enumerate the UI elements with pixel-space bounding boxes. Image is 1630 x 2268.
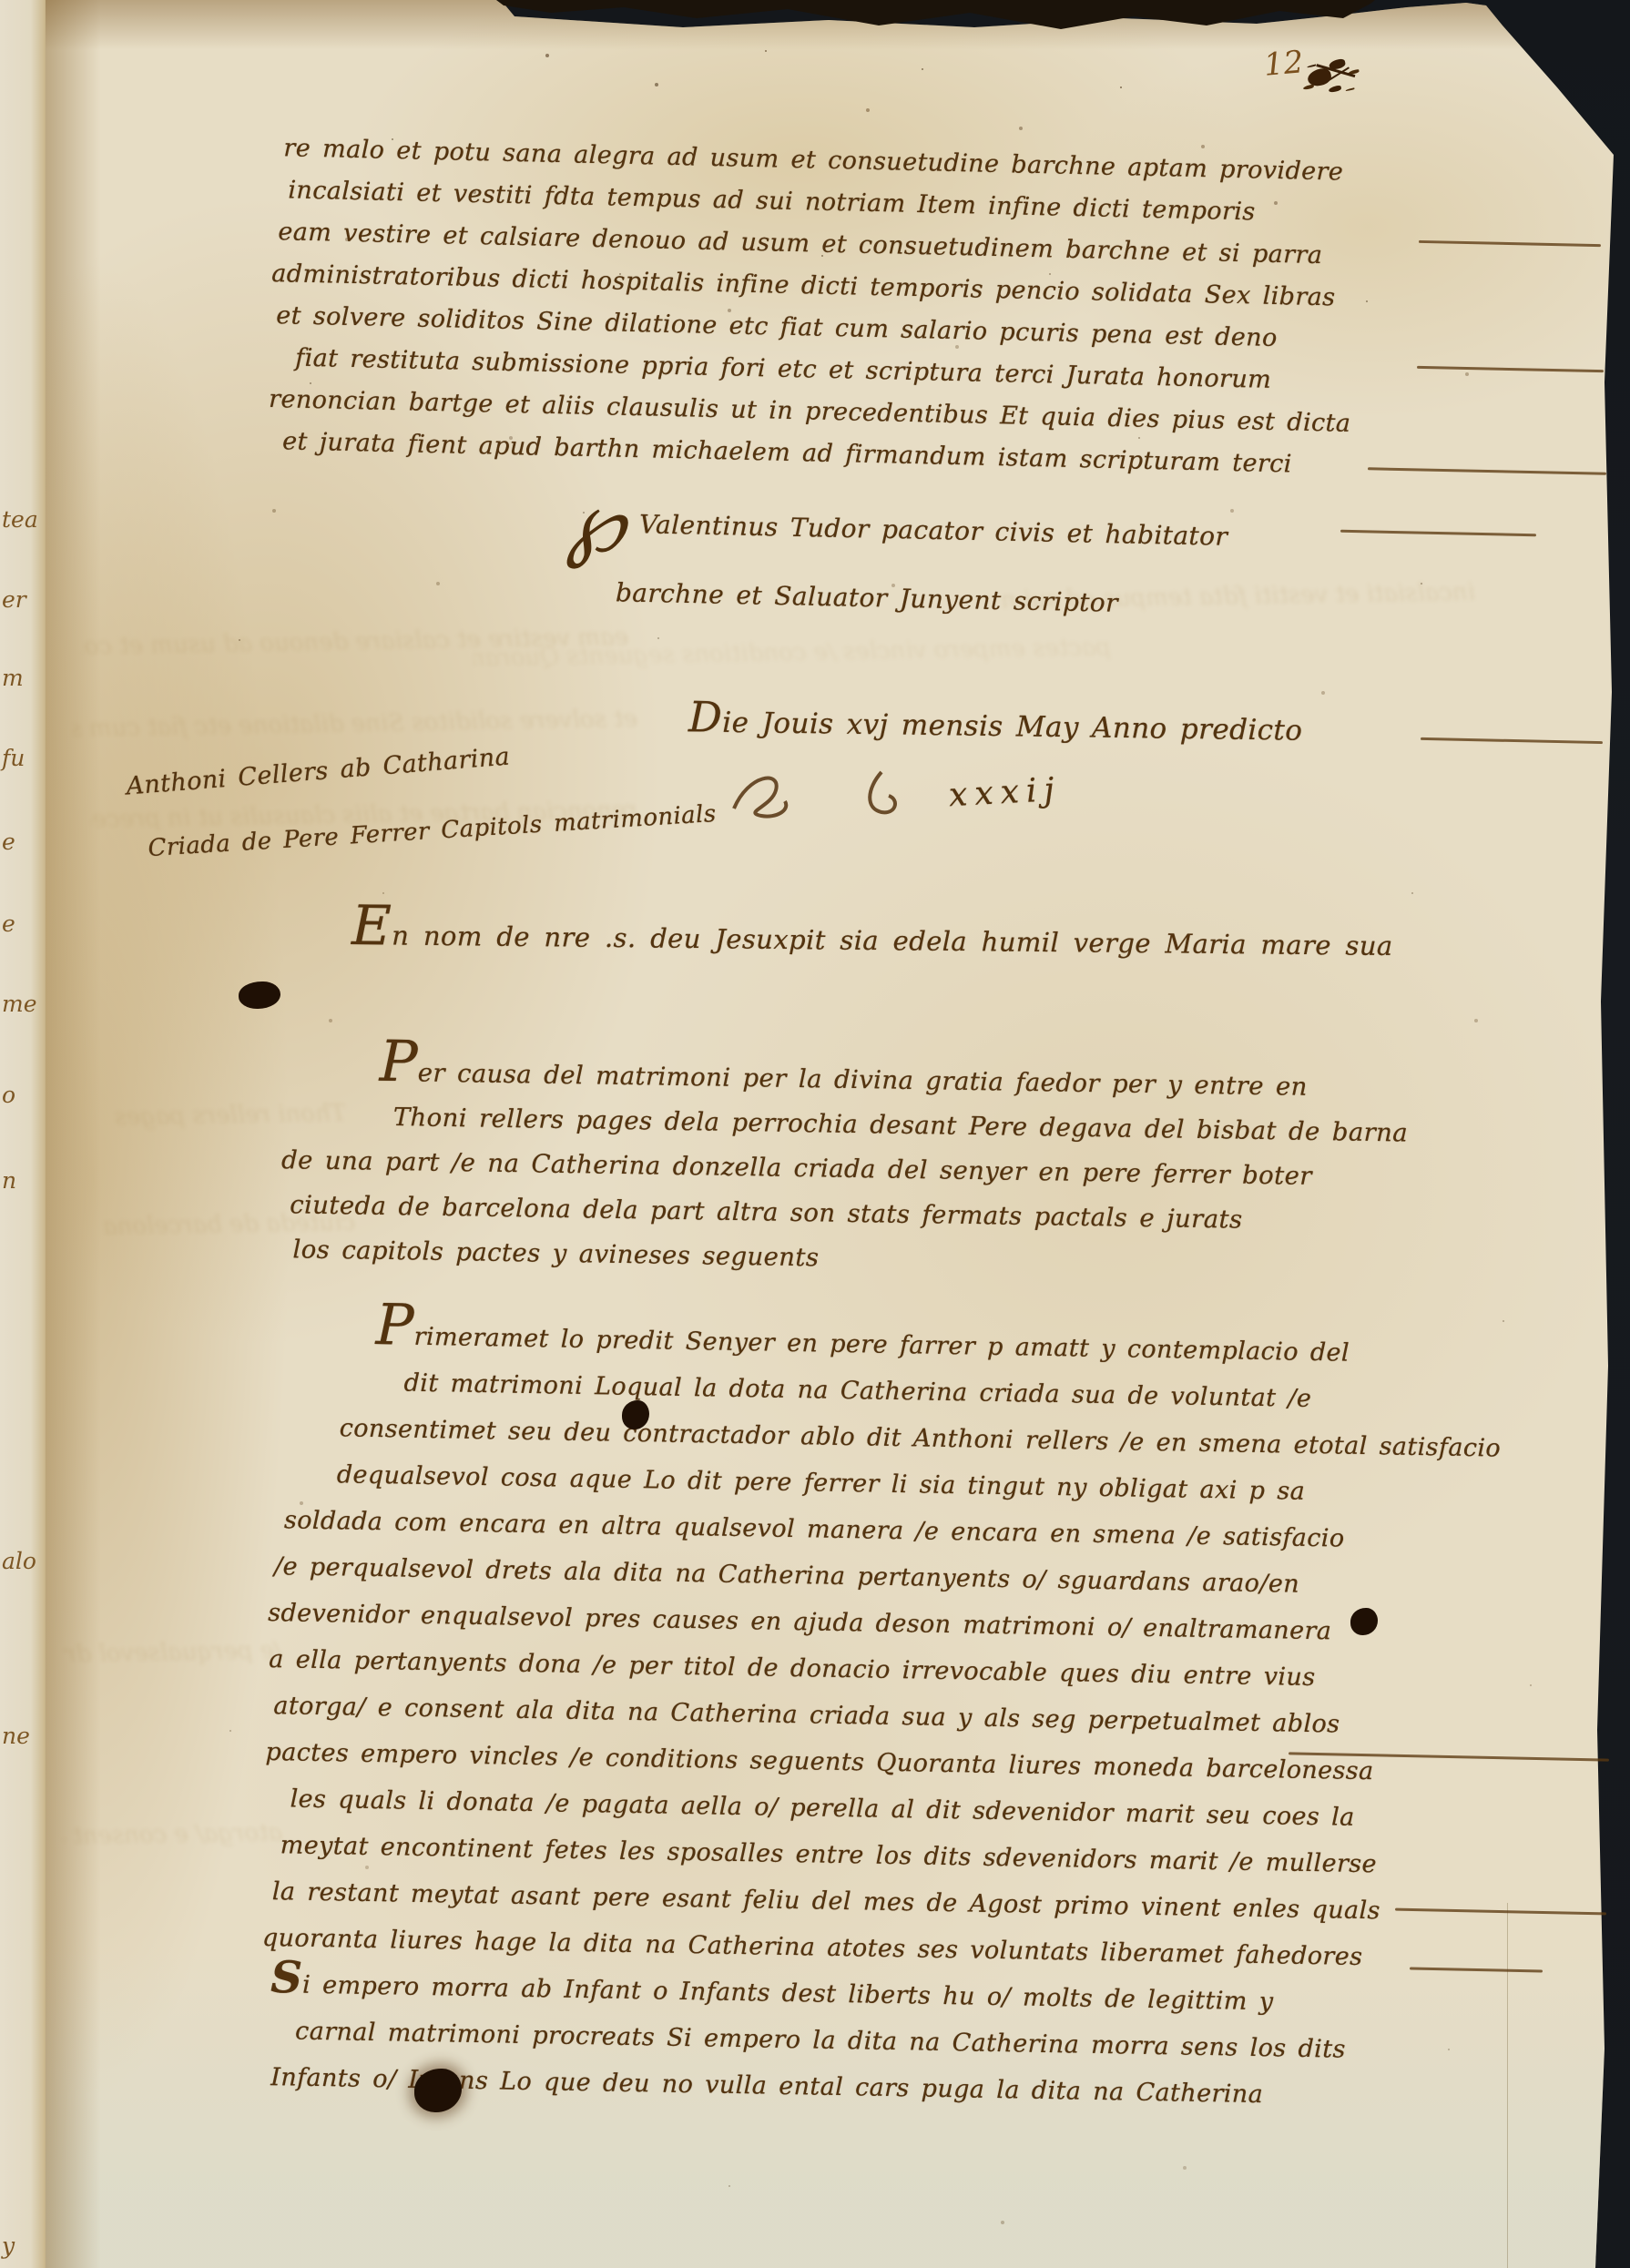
edge-text-fragment: me — [2, 991, 37, 1017]
paper-speckles — [0, 0, 2, 2]
bleed-through-text: atorga/ e consent ala dita na Catherina … — [64, 1819, 282, 1850]
edge-text-fragment: alo — [2, 1548, 36, 1574]
notarial-sigil: ℘ — [565, 473, 627, 572]
edge-text-fragment: o — [2, 1082, 15, 1108]
edge-text-fragment: ne — [2, 1723, 30, 1749]
intro-paragraph: Per causa del matrimoni per la divina gr… — [274, 1049, 1409, 1289]
edge-text-fragment: er — [2, 586, 26, 613]
page-crease — [1507, 1903, 1508, 2268]
edge-text-fragment: e — [2, 829, 15, 855]
edge-text-fragment: fu — [2, 745, 25, 771]
first-chapter-paragraph: Primeramet lo predit Senyer en pere farr… — [260, 1311, 1503, 2121]
edge-text-fragment: m — [2, 665, 24, 691]
manuscript-scan: tea er m fu e e me o n alo ne y eam vest… — [0, 0, 1630, 2268]
edge-text-fragment: y — [2, 2232, 15, 2259]
page-number: 12 — [1262, 44, 1305, 84]
edge-text-fragment: tea — [2, 506, 38, 533]
previous-page-edge: tea er m fu e e me o n alo ne y — [0, 0, 51, 2268]
year-numeral: xxxij — [948, 771, 1063, 814]
pen-flourish — [721, 765, 931, 830]
latin-closing-paragraph: re malo et potu sana alegra ad usum et c… — [268, 127, 1357, 487]
bleed-through-text: /e perqualsevol drets ala dita na Cather… — [64, 1637, 282, 1668]
edge-text-fragment: n — [2, 1167, 16, 1194]
edge-text-fragment: e — [2, 910, 15, 937]
